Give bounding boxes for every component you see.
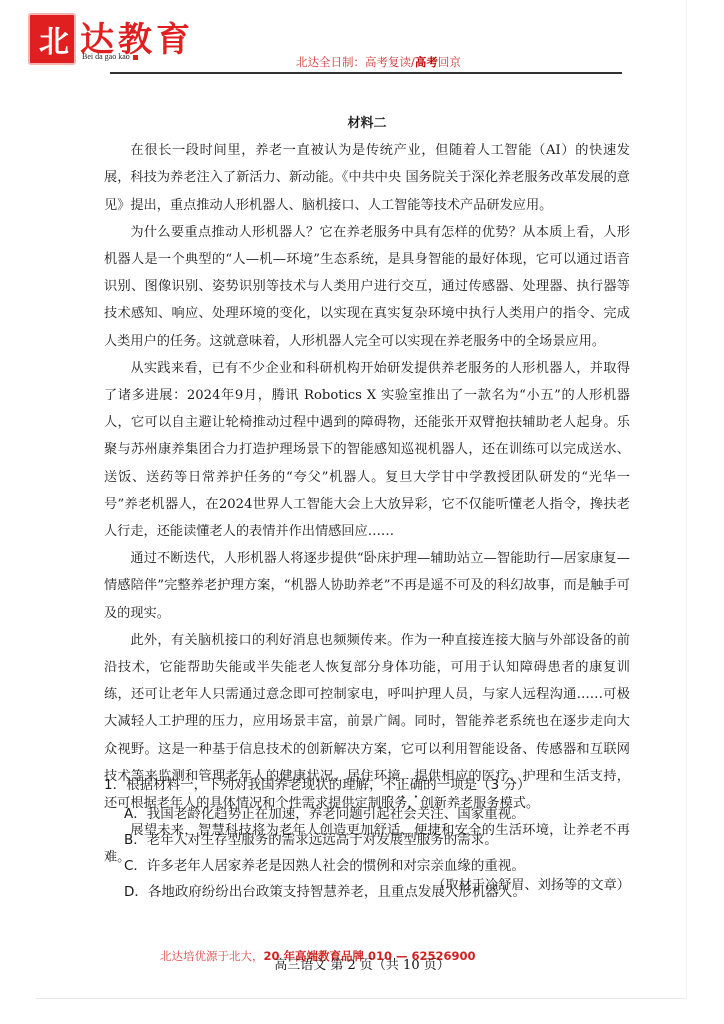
slogan-suffix: 回京 xyxy=(438,55,461,69)
red-square-icon xyxy=(133,55,138,60)
page-bottom-edge xyxy=(36,998,686,999)
paragraph: 通过不断迭代，人形机器人将逐步提供“卧床护理—辅助站立—智能助行—居家康复—情感… xyxy=(104,545,630,627)
material-title: 材料二 xyxy=(104,110,630,137)
header-slogan: 北达全日制：高考复读/高考回京 xyxy=(296,54,461,70)
logo-subtitle: Bei da gao kao xyxy=(82,52,138,61)
slogan-prefix: 北达全日制：高考复读/ xyxy=(296,55,415,69)
header-divider xyxy=(110,72,622,74)
logo-mark-icon: 北 xyxy=(28,13,76,65)
stem-prefix: 1．根据材料一，下列对我国养老现状的理解， xyxy=(104,777,383,793)
stem-emphasis: 不正确 xyxy=(383,777,424,793)
paragraph: 在很长一段时间里，养老一直被认为是传统产业，但随着人工智能（AI）的快速发展，科… xyxy=(104,137,630,219)
question-1: 1．根据材料一，下列对我国养老现状的理解，不正确的一项是（3 分） A．我国老龄… xyxy=(104,772,624,905)
option-a: A．我国老龄化趋势正在加速，养老问题引起社会关注、国家重视。 xyxy=(104,801,624,827)
stem-suffix: 的一项是（3 分） xyxy=(423,777,530,793)
page-border xyxy=(686,0,687,998)
option-b: B．老年人对生存型服务的需求远远高于对发展型服务的需求。 xyxy=(104,827,624,853)
slogan-bold: 高考 xyxy=(415,55,438,69)
paragraph: 从实践来看，已有不少企业和科研机构开始研发提供养老服务的人形机器人，并取得了诸多… xyxy=(104,355,630,545)
option-d: D．各地政府纷纷出台政策支持智慧养老，且重点发展人形机器人。 xyxy=(104,879,624,905)
page-number: 高三语文 第 2 页（共 10 页） xyxy=(0,954,724,973)
question-stem: 1．根据材料一，下列对我国养老现状的理解，不正确的一项是（3 分） xyxy=(104,772,624,801)
logo-subtitle-text: Bei da gao kao xyxy=(82,52,130,61)
option-c: C．许多老年人居家养老是因熟人社会的惯例和对宗亲血缘的重视。 xyxy=(104,853,624,879)
brand-logo: 北 达教育 Bei da gao kao xyxy=(22,10,212,64)
paragraph: 为什么要重点推动人形机器人？它在养老服务中具有怎样的优势？从本质上看，人形机器人… xyxy=(104,219,630,355)
